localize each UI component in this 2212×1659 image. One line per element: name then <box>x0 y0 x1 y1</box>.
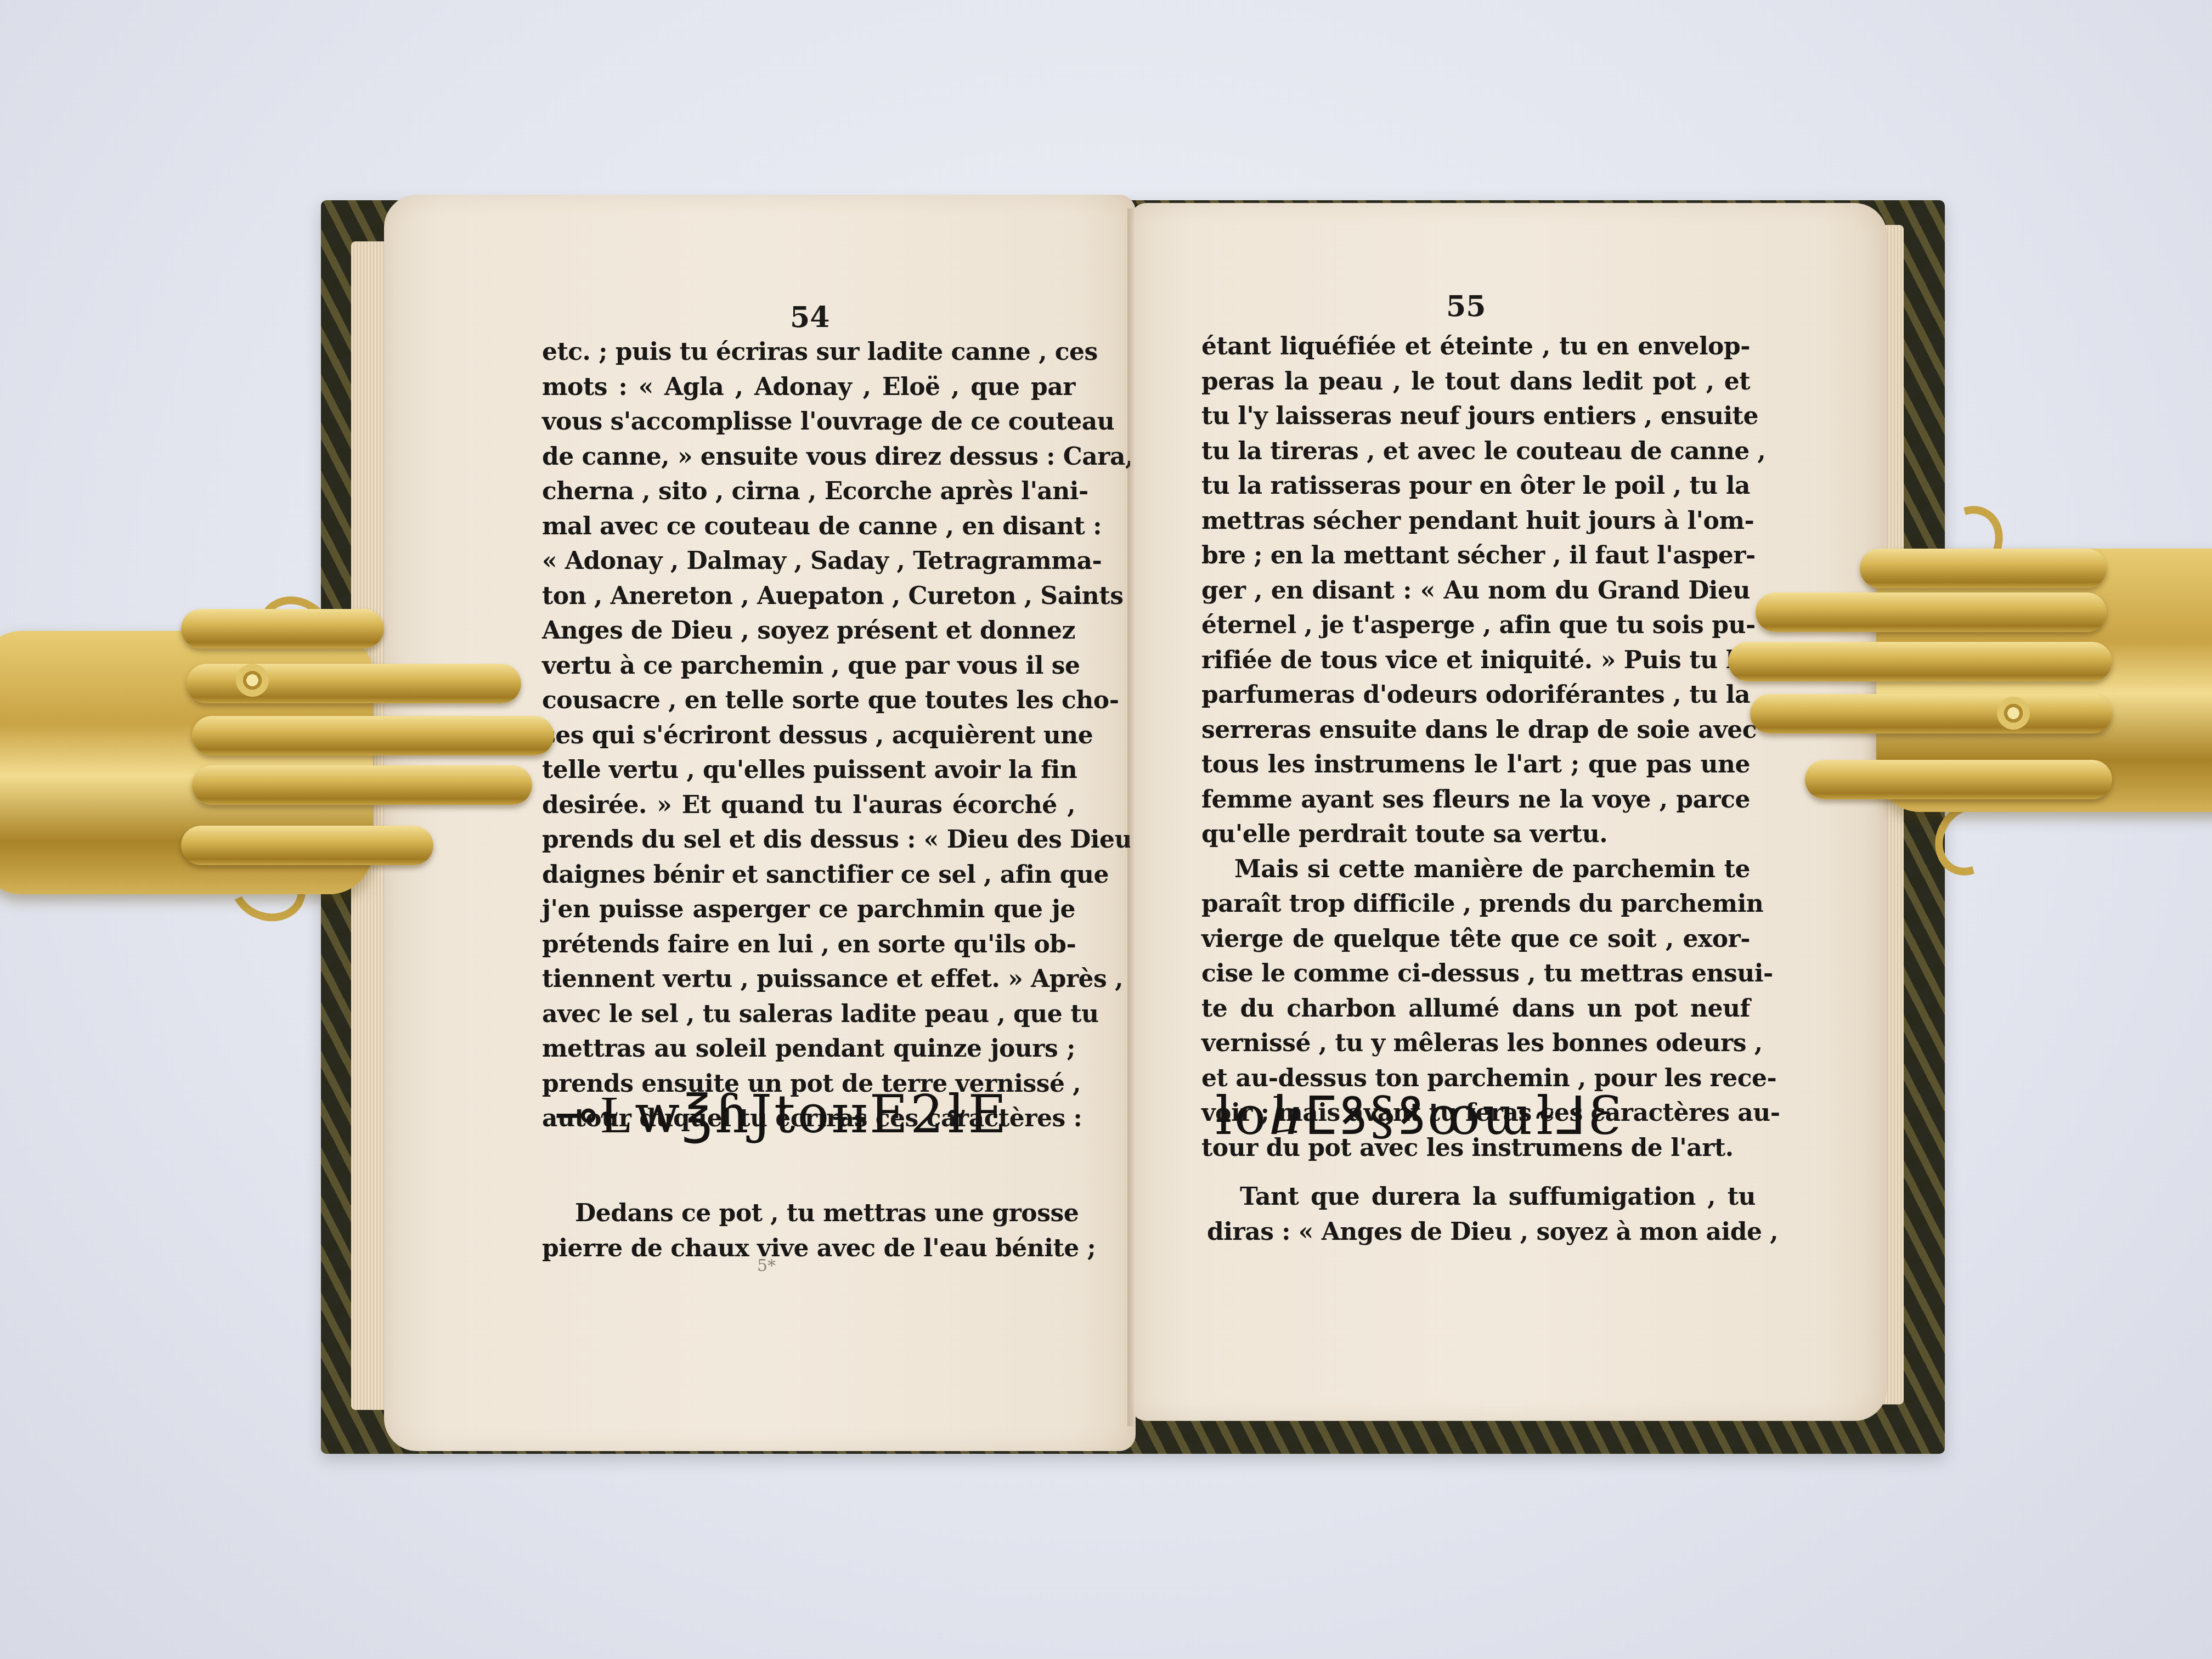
book-gutter <box>1127 208 1134 1426</box>
text-line: vertu à ce parchemin , que par vous il s… <box>542 648 1075 684</box>
text-line: vernissé , tu y mêleras les bonnes odeur… <box>1201 1026 1750 1061</box>
text-line: etc. ; puis tu écriras sur ladite canne … <box>542 335 1075 370</box>
text-line: ger , en disant : « Au nom du Grand Dieu <box>1201 573 1750 608</box>
text-line: bre ; en la mettant sécher , il faut l'a… <box>1201 538 1750 573</box>
text-line: diras : « Anges de Dieu , soyez à mon ai… <box>1207 1215 1756 1250</box>
text-line: ton , Anereton , Auepaton , Cureton , Sa… <box>542 579 1075 614</box>
right-hand-finger <box>1728 642 2112 681</box>
left-hand-finger <box>181 609 384 648</box>
left-page-number: 54 <box>790 301 830 334</box>
text-line: te du charbon allumé dans un pot neuf <box>1201 991 1750 1026</box>
text-line: avec le sel , tu saleras ladite peau , q… <box>542 997 1075 1032</box>
text-line: ses qui s'écriront dessus , acquièrent u… <box>542 718 1075 753</box>
right-page-closing-text: Tant que durera la suffumigation , tu di… <box>1207 1180 1756 1249</box>
text-line: rifiée de tous vice et iniquité. » Puis … <box>1201 643 1750 678</box>
text-line: peras la peau , le tout dans ledit pot ,… <box>1201 364 1750 399</box>
text-line: Tant que durera la suffumigation , tu <box>1207 1180 1756 1215</box>
text-line: vierge de quelque tête que ce soit , exo… <box>1201 922 1750 957</box>
text-line: paraît trop difficile , prends du parche… <box>1201 887 1750 922</box>
text-line: pierre de chaux vive avec de l'eau bénit… <box>542 1231 1075 1266</box>
text-line: tiennent vertu , puissance et effet. » A… <box>542 962 1075 997</box>
signature-mark: 5* <box>757 1256 776 1276</box>
left-magic-characters: ⊸Ɫw℥ɦJtoᵻᵻE2ɫE <box>554 1084 1009 1145</box>
text-line: éternel , je t'asperge , afin que tu soi… <box>1201 608 1750 643</box>
left-hand-finger <box>192 716 554 755</box>
right-hand-finger <box>1860 549 2107 588</box>
text-line: de canne, » ensuite vous direz dessus : … <box>542 439 1075 475</box>
text-line: « Adonay , Dalmay , Saday , Tetragramma- <box>542 544 1075 579</box>
text-line: desirée. » Et quand tu l'auras écorché , <box>542 788 1075 823</box>
text-line: tu l'y laisseras neuf jours entiers , en… <box>1201 399 1750 434</box>
text-line: cousacre , en telle sorte que toutes les… <box>542 683 1075 718</box>
text-line: mots : « Agla , Adonay , Eloë , que par <box>542 370 1075 405</box>
text-line: tous les instrumens le l'art ; que pas u… <box>1201 747 1750 782</box>
left-hand-thumb <box>181 826 433 865</box>
text-line: tu la ratisseras pour en ôter le poil , … <box>1201 469 1750 504</box>
left-page-closing-text: Dedans ce pot , tu mettras une grosse pi… <box>542 1196 1075 1266</box>
text-line: Mais si cette manière de parchemin te <box>1201 852 1750 887</box>
right-hand-thumb <box>1805 760 2112 799</box>
right-page-number: 55 <box>1446 290 1486 323</box>
text-line: Anges de Dieu , soyez présent et donnez <box>542 613 1075 648</box>
text-line: telle vertu , qu'elles puissent avoir la… <box>542 753 1075 788</box>
right-hand-finger <box>1756 592 2107 632</box>
text-line: cise le comme ci-dessus , tu mettras ens… <box>1201 956 1750 991</box>
text-line: mettras au soleil pendant quinze jours ; <box>542 1031 1075 1066</box>
text-line: vous s'accomplisse l'ouvrage de ce coute… <box>542 404 1075 439</box>
text-line: tu la tireras , et avec le couteau de ca… <box>1201 434 1750 469</box>
text-line: qu'elle perdrait toute sa vertu. <box>1201 817 1750 852</box>
text-line: mettras sécher pendant huit jours à l'om… <box>1201 504 1750 539</box>
right-magic-characters: ƚoⴑⵎꝸ§ꝸꝏɯɫ⅃Ɛ <box>1215 1078 1623 1150</box>
text-line: parfumeras d'odeurs odoriférantes , tu l… <box>1201 678 1750 713</box>
text-line: daignes bénir et sanctifier ce sel , afi… <box>542 857 1075 893</box>
right-hand-flower-ring <box>1997 697 2030 730</box>
left-hand-flower-ring <box>236 664 269 697</box>
text-line: prends du sel et dis dessus : « Dieu des… <box>542 822 1075 857</box>
text-line: serreras ensuite dans le drap de soie av… <box>1201 713 1750 748</box>
left-page-body-text: etc. ; puis tu écriras sur ladite canne … <box>542 335 1075 1136</box>
text-line: femme ayant ses fleurs ne la voye , parc… <box>1201 782 1750 817</box>
text-line: j'en puisse asperger ce parchmin que je <box>542 892 1075 927</box>
text-line: étant liquéfiée et éteinte , tu en envel… <box>1201 329 1750 364</box>
left-hand-finger <box>192 765 532 805</box>
text-line: mal avec ce couteau de canne , en disant… <box>542 509 1075 544</box>
text-line: Dedans ce pot , tu mettras une grosse <box>542 1196 1075 1231</box>
right-page-body-text: étant liquéfiée et éteinte , tu en envel… <box>1201 329 1750 1165</box>
text-line: prétends faire en lui , en sorte qu'ils … <box>542 927 1075 962</box>
right-hand-finger <box>1750 694 2112 733</box>
text-line: cherna , sito , cirna , Ecorche après l'… <box>542 474 1075 509</box>
